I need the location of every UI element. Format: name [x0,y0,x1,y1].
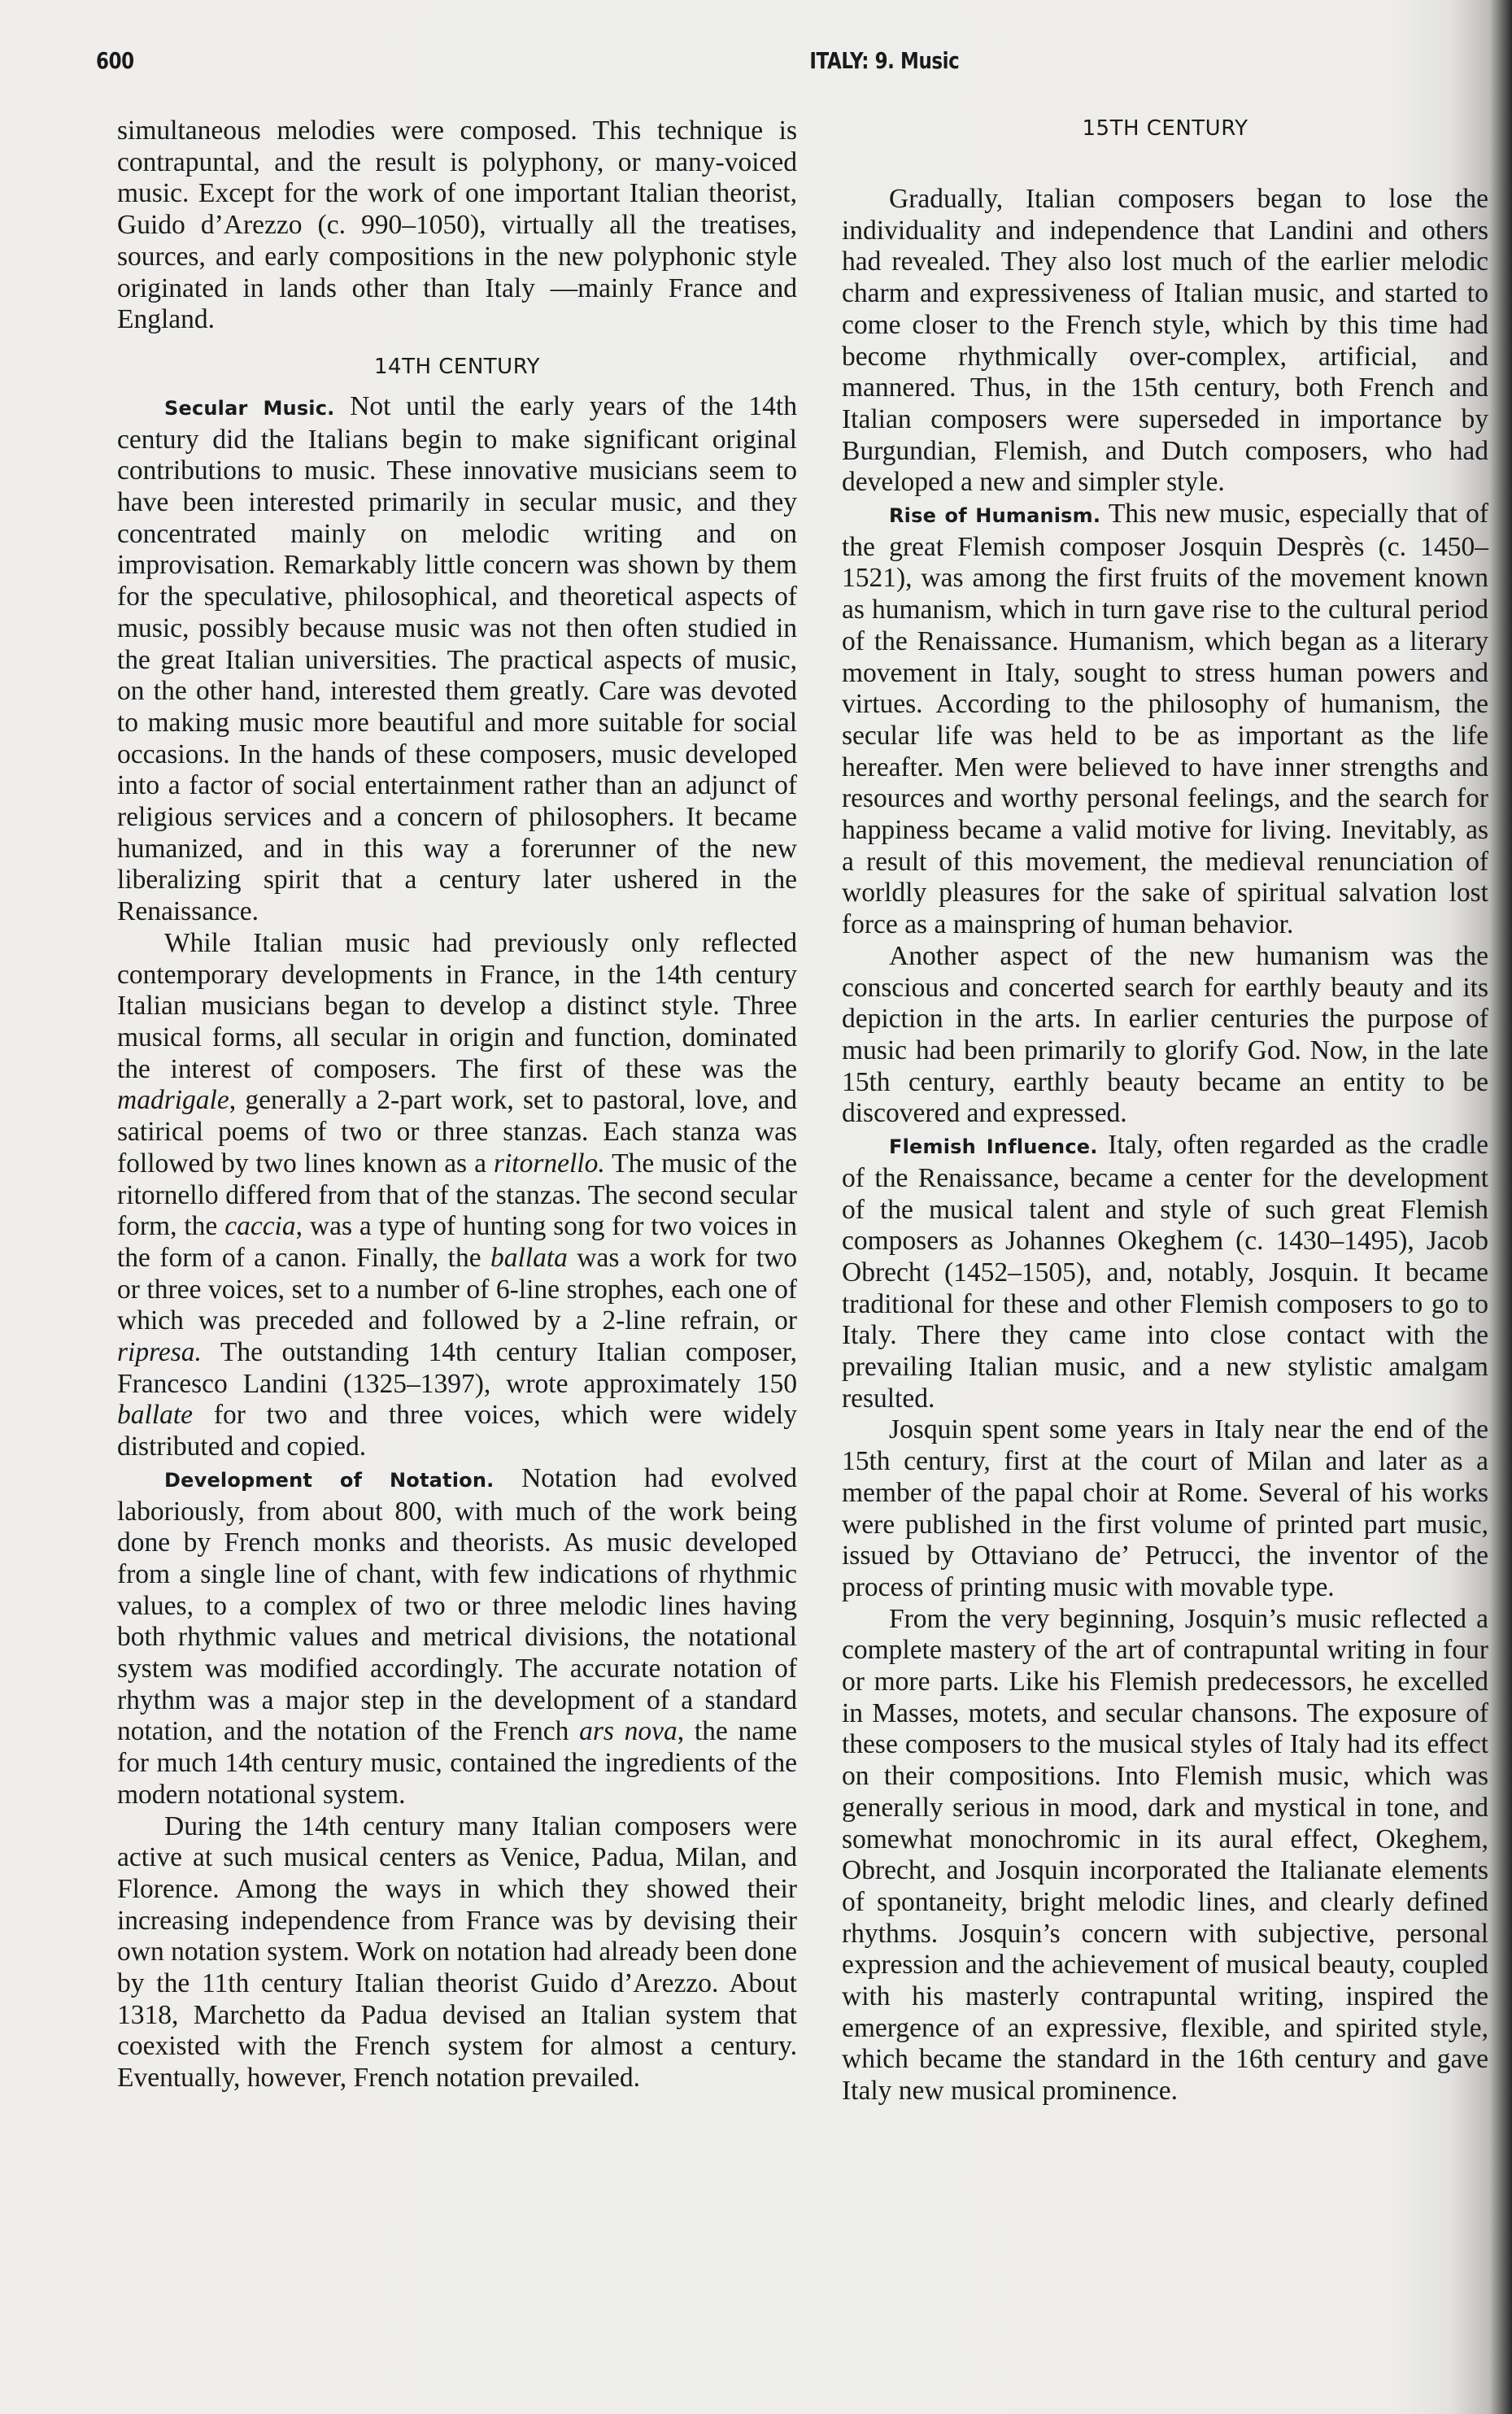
paragraph-text: Not until the early years of the 14th ce… [117,391,797,926]
term-caccia: caccia [224,1211,295,1241]
run-in-heading-flemish-influence: Flemish Influence. [889,1135,1098,1158]
paragraph-musical-forms: While Italian music had previously only … [117,928,797,1463]
paragraph-gradually: Gradually, Italian composers began to lo… [842,184,1488,499]
paragraph-text: Italy, often regarded as the cradle of t… [842,1130,1488,1414]
right-column: 15TH CENTURY Gradually, Italian composer… [842,115,1488,2107]
term-ritornello: ritornello. [494,1148,605,1179]
paragraph-josquin-in-italy: Josquin spent some years in Italy near t… [842,1414,1488,1603]
term-madrigale: madrigale [117,1085,229,1115]
term-ars-nova: ars nova [579,1716,678,1746]
paragraph-musical-centers: During the 14th century many Italian com… [117,1811,797,2094]
run-in-heading-secular-music: Secular Music. [164,397,334,420]
run-in-heading-rise-of-humanism: Rise of Humanism. [889,504,1100,527]
paragraph-development-of-notation: Development of Notation. Notation had ev… [117,1463,797,1811]
paragraph-text: The outstanding 14th century Italian com… [117,1337,797,1399]
book-page: 600 ITALY: 9. Music simultaneous melodie… [0,0,1512,2414]
section-heading-15th-century: 15TH CENTURY [842,115,1488,142]
section-heading-14th-century: 14TH CENTURY [117,354,797,380]
paragraph-text: While Italian music had previously only … [117,928,797,1084]
running-head: 600 ITALY: 9. Music [96,47,1204,83]
left-column: simultaneous melodies were composed. Thi… [117,115,797,2094]
run-in-heading-development-of-notation: Development of Notation. [164,1469,494,1492]
paragraph-text: Notation had evolved laboriously, from a… [117,1463,797,1747]
paragraph-intro: simultaneous melodies were composed. Thi… [117,115,797,336]
paragraph-text: This new music, especially that of the g… [842,499,1488,939]
paragraph-flemish-influence: Flemish Influence. Italy, often regarded… [842,1130,1488,1414]
term-ballate: ballate [117,1400,193,1430]
term-ripresa: ripresa. [117,1337,202,1367]
page-number: 600 [96,47,134,74]
paragraph-text: for two and three voices, which were wid… [117,1400,797,1462]
paragraph-rise-of-humanism: Rise of Humanism. This new music, especi… [842,499,1488,941]
paragraph-secular-music: Secular Music. Not until the early years… [117,391,797,928]
running-title: ITALY: 9. Music [809,47,959,74]
term-ballata: ballata [490,1243,568,1273]
paragraph-very-beginning: From the very beginning, Josquin’s music… [842,1604,1488,2107]
paragraph-another-aspect: Another aspect of the new humanism was t… [842,941,1488,1130]
